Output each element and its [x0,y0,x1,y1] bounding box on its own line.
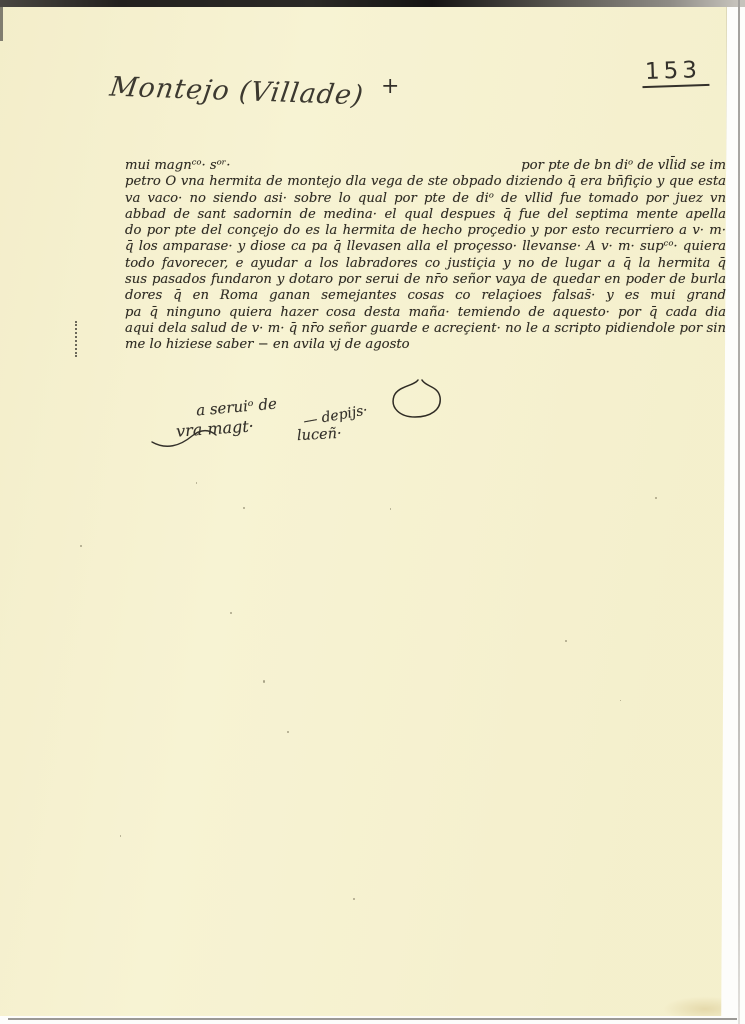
paper-speck [196,482,197,484]
paper-speck [230,612,232,614]
paper-speck [620,700,621,701]
pen-flourish-balloon-icon [388,378,446,420]
manuscript-line: me lo hiziese saber − en avila vj de ago… [125,337,726,353]
manuscript-line: q̄ los amparase· y diose ca pa q̄ llevas… [125,239,726,255]
manuscript-line: abbad de sant sadornin de medina· el qua… [125,207,726,223]
manuscript-line: do por pte del conçejo do es la hermita … [125,223,726,239]
paper-speck [120,835,121,837]
manuscript-line: pa q̄ ninguno quiera hazer cosa desta ma… [125,305,726,321]
paper-speck [80,545,82,547]
paper-speck [287,731,289,733]
salutation-line: mui magnᶜᵒ· sᵒʳ· por pte de bn diᵒ de vl… [125,158,726,174]
signature-name-2: luceñ· [297,426,342,444]
manuscript-line: petro O vna hermita de montejo dla vega … [125,174,726,190]
scanned-manuscript: 153 Montejo (Villade) + mui magnᶜᵒ· sᵒʳ·… [0,0,745,1024]
scan-left-notch [0,7,3,41]
signature-swash-icon [150,424,260,450]
paper-speck [655,497,657,499]
manuscript-line: va vaco· no siendo asi· sobre lo qual po… [125,191,726,207]
paper-speck [263,680,265,683]
salutation: mui magnᶜᵒ· sᵒʳ· [125,158,230,174]
paper-speck [565,640,567,642]
margin-dash-mark [75,321,77,357]
paper-speck [243,507,245,509]
letter-text-block: mui magnᶜᵒ· sᵒʳ· por pte de bn diᵒ de vl… [125,158,726,354]
scan-right-edge-line [738,0,740,1024]
manuscript-line: todo favorecer, e ayudar a los labradore… [125,256,726,272]
scan-bottom-edge-line [8,1018,737,1020]
manuscript-line: sus pasados fundaron y dotaro por serui … [125,272,726,288]
paper-speck [390,508,391,510]
cross-mark: + [381,74,399,99]
salutation-right-fragment: por pte de bn diᵒ de vll̄id se im [521,158,726,174]
folio-number: 153 [642,57,710,88]
manuscript-line: aqui dela salud de v· m· q̄ nr̄o señor g… [125,321,726,337]
scan-top-edge [0,0,745,7]
manuscript-line: dores q̄ en Roma ganan semejantes cosas … [125,288,726,304]
paper-speck [353,898,355,900]
